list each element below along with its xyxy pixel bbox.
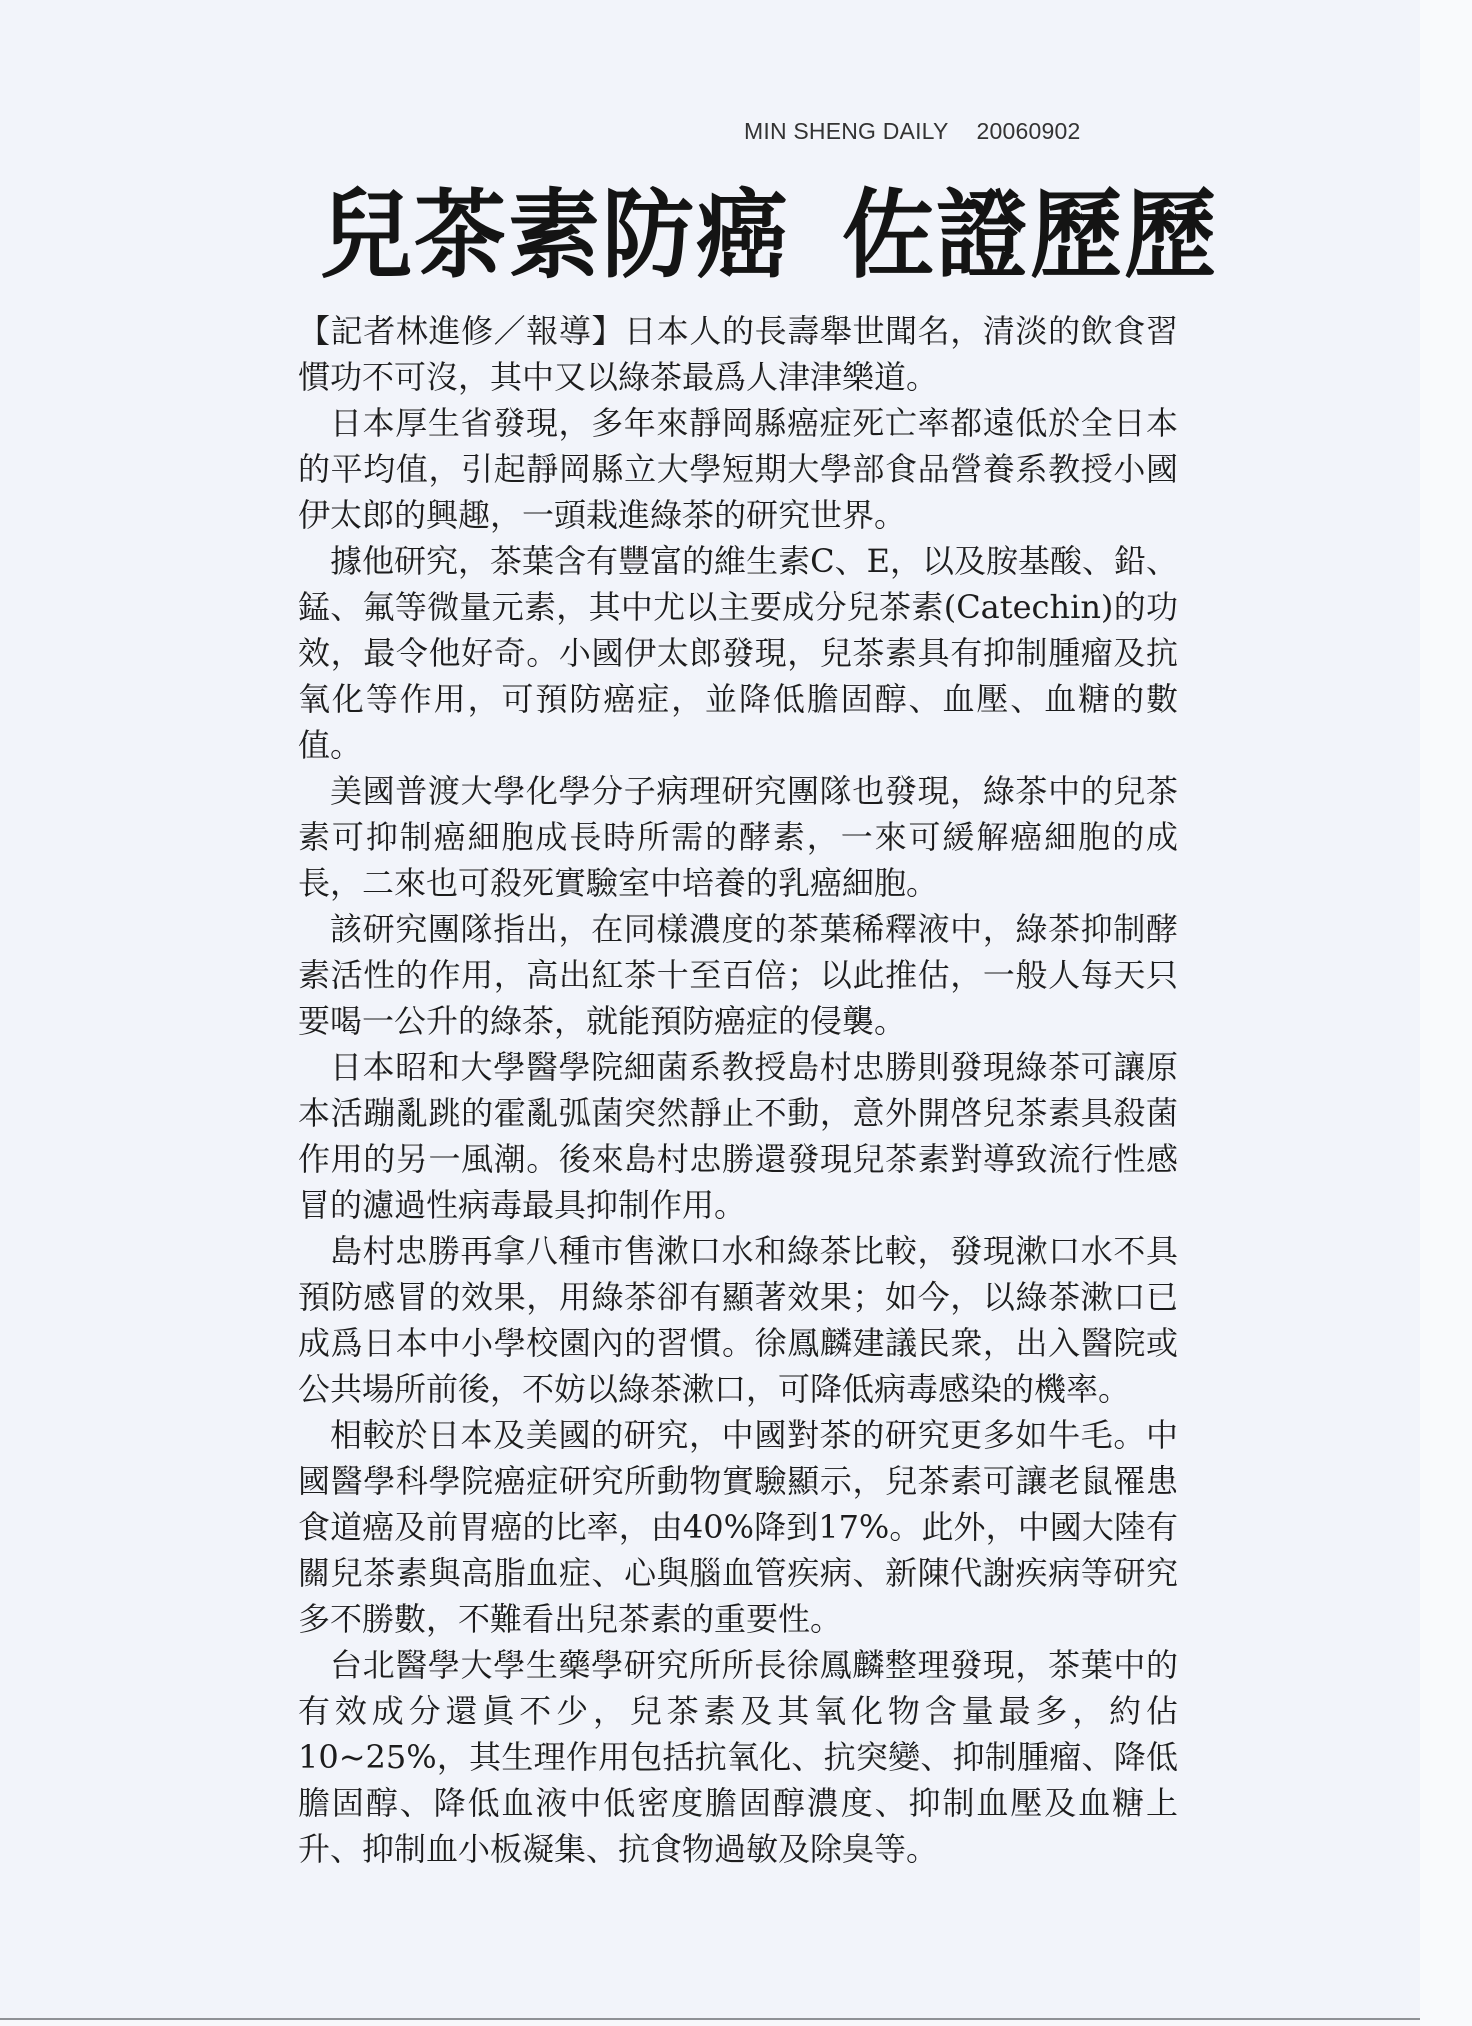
masthead: MIN SHENG DAILY20060902 xyxy=(744,118,1080,145)
article-paragraph-9: 台北醫學大學生藥學研究所所長徐鳳麟整理發現，茶葉中的有效成分還眞不少，兒茶素及其… xyxy=(298,1642,1178,1872)
publication-name: MIN SHENG DAILY xyxy=(744,118,949,144)
article-paragraph-6: 日本昭和大學醫學院細菌系教授島村忠勝則發現綠茶可讓原本活蹦亂跳的霍亂弧菌突然靜止… xyxy=(298,1044,1178,1228)
article-paragraph-1: 【記者林進修／報導】日本人的長壽舉世聞名，清淡的飲食習慣功不可沒，其中又以綠茶最… xyxy=(298,308,1178,400)
article-paragraph-8: 相較於日本及美國的研究，中國對茶的研究更多如牛毛。中國醫學科學院癌症研究所動物實… xyxy=(298,1412,1178,1642)
byline: 【記者林進修／報導】 xyxy=(298,312,624,350)
headline: 兒茶素防癌佐證歷歷 xyxy=(320,178,1220,294)
headline-part-1: 兒茶素防癌 xyxy=(320,179,790,291)
article-paragraph-3: 據他研究，茶葉含有豐富的維生素C、E，以及胺基酸、鉛、錳、氟等微量元素，其中尤以… xyxy=(298,538,1178,768)
article-paragraph-7: 島村忠勝再拿八種市售漱口水和綠茶比較，發現漱口水不具預防感冒的效果，用綠茶卻有顯… xyxy=(298,1228,1178,1412)
scanned-page: MIN SHENG DAILY20060902 兒茶素防癌佐證歷歷 【記者林進修… xyxy=(0,0,1420,2020)
publication-date: 20060902 xyxy=(977,118,1081,144)
scanner-margin xyxy=(1420,0,1472,2026)
article-paragraph-4: 美國普渡大學化學分子病理研究團隊也發現，綠茶中的兒茶素可抑制癌細胞成長時所需的酵… xyxy=(298,768,1178,906)
article-body: 【記者林進修／報導】日本人的長壽舉世聞名，清淡的飲食習慣功不可沒，其中又以綠茶最… xyxy=(298,308,1178,1872)
headline-part-2: 佐證歷歷 xyxy=(842,179,1218,291)
article-paragraph-2: 日本厚生省發現，多年來靜岡縣癌症死亡率都遠低於全日本的平均值，引起靜岡縣立大學短… xyxy=(298,400,1178,538)
article-paragraph-5: 該研究團隊指出，在同樣濃度的茶葉稀釋液中，綠茶抑制酵素活性的作用，高出紅茶十至百… xyxy=(298,906,1178,1044)
